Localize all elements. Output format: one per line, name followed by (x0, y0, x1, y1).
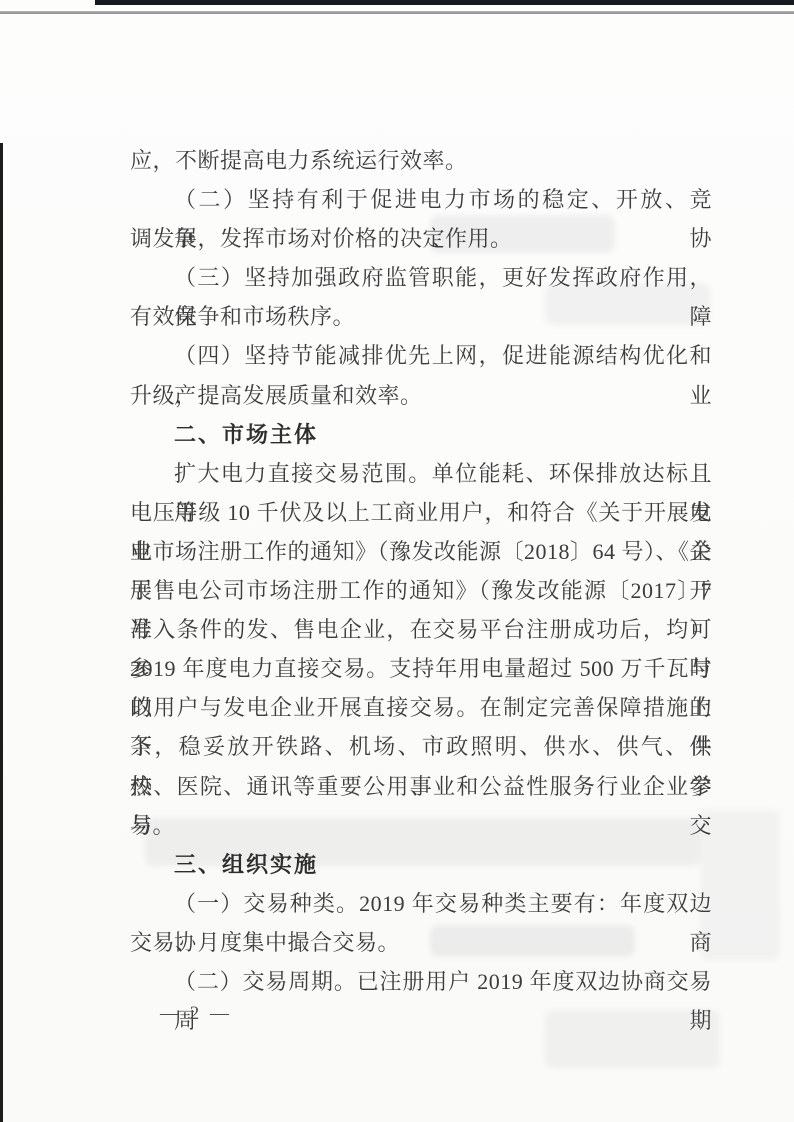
scanned-document-page: 应，不断提高电力系统运行效率。 （二）坚持有利于促进电力市场的稳定、开放、竞争、… (0, 0, 794, 1122)
section-heading-organization: 三、组织实施 (130, 845, 712, 884)
text-line: 校、医院、通讯等重要公用事业和公益性服务行业企业参与交 (130, 767, 712, 806)
page-number: — 2 — (160, 1003, 232, 1025)
text-line: 电压等级 10 千伏及以上工商业用户，和符合《关于开展发电企 (130, 493, 712, 532)
scan-edge-left (0, 143, 3, 1122)
text-line: 准入条件的发、售电企业，在交易平台注册成功后，均可参与 (130, 610, 712, 649)
text-line: （二）交易周期。已注册用户 2019 年度双边协商交易周期 (130, 962, 712, 1001)
text-line: 下，稳妥放开铁路、机场、市政照明、供水、供气、供热、学 (130, 727, 712, 766)
text-line: 扩大电力直接交易范围。单位能耗、环保排放达标且用电 (130, 454, 712, 493)
document-body: 应，不断提高电力系统运行效率。 （二）坚持有利于促进电力市场的稳定、开放、竞争、… (130, 141, 712, 1001)
text-line: （一）交易种类。2019 年交易种类主要有：年度双边协商 (130, 884, 712, 923)
text-line: （三）坚持加强政府监管职能，更好发挥政府作用，保障 (130, 258, 712, 297)
scan-edge-top (95, 0, 794, 5)
text-line: 2019 年度电力直接交易。支持年用电量超过 500 万千瓦时以上 (130, 649, 712, 688)
text-line: 展售电公司市场注册工作的通知》（豫发改能源〔2017〕7 号） (130, 571, 712, 610)
scan-seam-line (0, 11, 794, 14)
text-line: 应，不断提高电力系统运行效率。 (130, 141, 712, 180)
text-line: 的用户与发电企业开展直接交易。在制定完善保障措施的条件 (130, 688, 712, 727)
scan-artifact (700, 810, 780, 960)
text-line: （二）坚持有利于促进电力市场的稳定、开放、竞争、协 (130, 180, 712, 219)
section-heading-market-entities: 二、市场主体 (130, 415, 712, 454)
text-line: 业市场注册工作的通知》（豫发改能源〔2018〕64 号）、《关于开 (130, 532, 712, 571)
text-line: （四）坚持节能减排优先上网，促进能源结构优化和产业 (130, 336, 712, 375)
